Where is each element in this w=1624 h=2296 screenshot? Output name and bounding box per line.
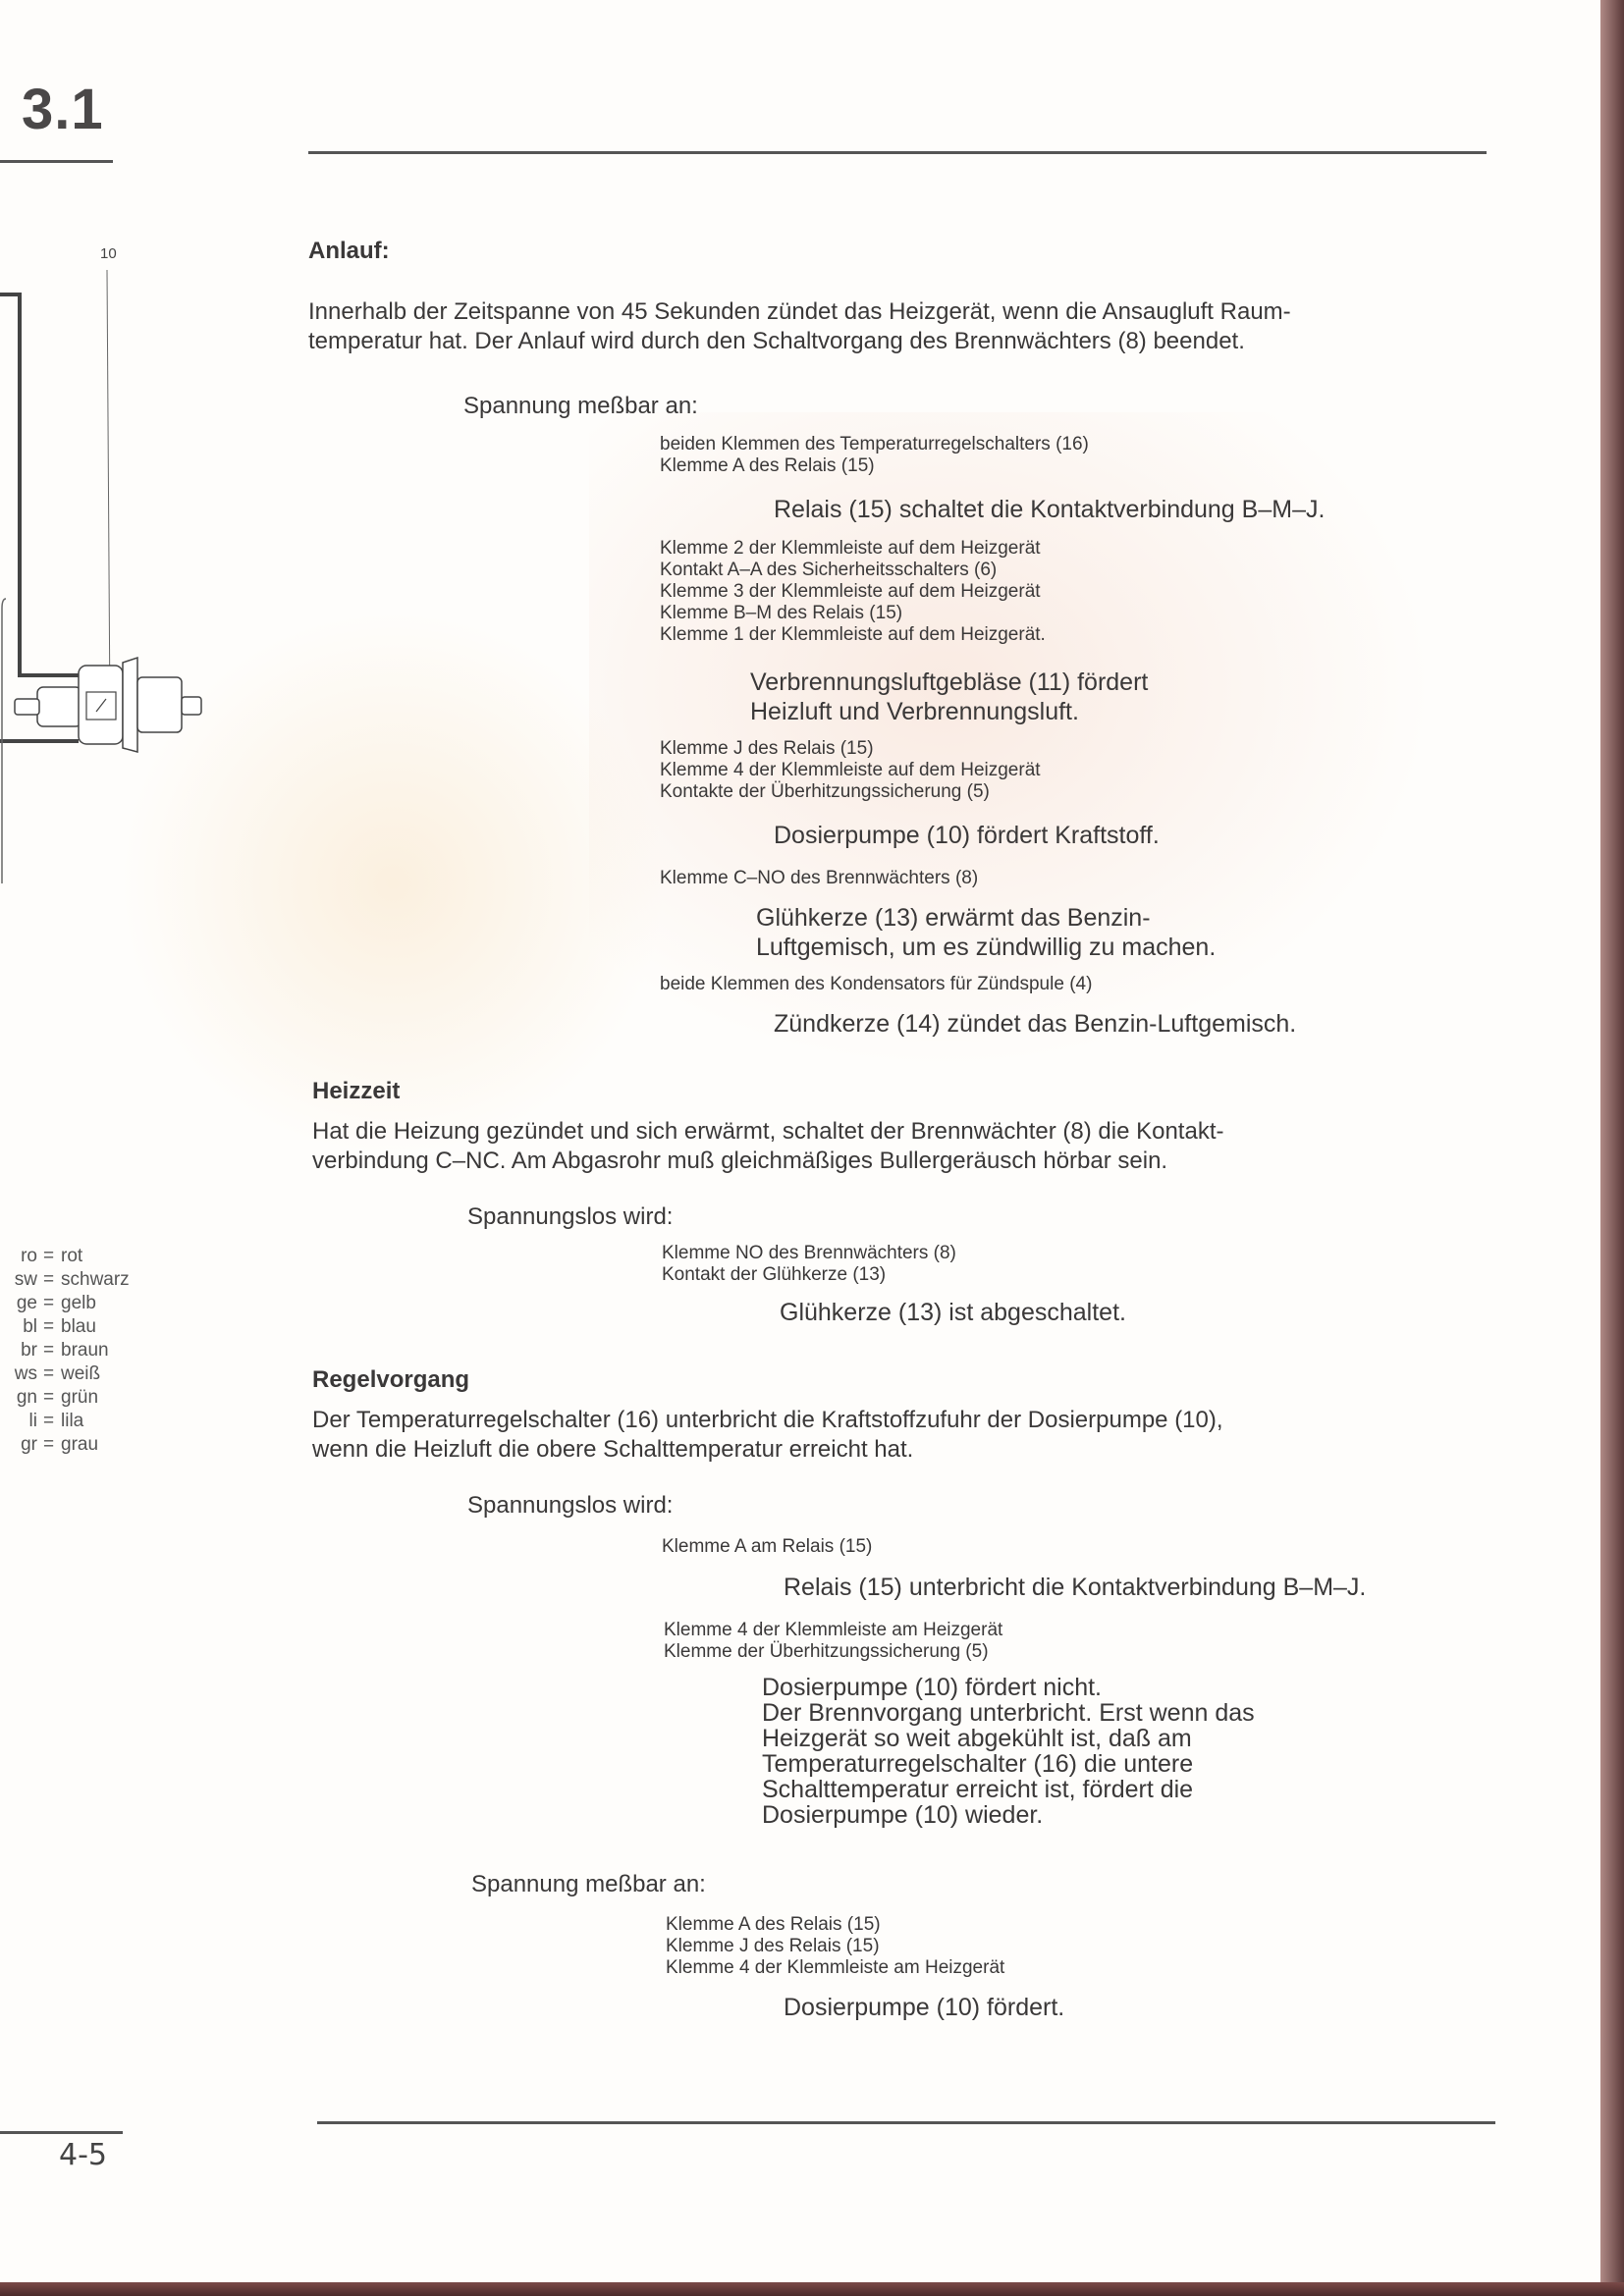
terminal-list: Klemme 4 der Klemmleiste am Heizgerät Kl… <box>664 1620 1002 1663</box>
result-text: Glühkerze (13) erwärmt das Benzin- Luftg… <box>756 903 1216 962</box>
header-rule <box>308 151 1487 154</box>
result-text: Dosierpumpe (10) fördert Kraftstoff. <box>774 821 1160 850</box>
legend-row: br=braun <box>0 1339 130 1362</box>
measure-label: Spannung meßbar an: <box>471 1871 706 1898</box>
off-label: Spannungslos wird: <box>467 1203 673 1231</box>
book-binding-edge <box>1600 0 1624 2296</box>
legend-row: gn=grün <box>0 1386 130 1410</box>
legend-row: gr=grau <box>0 1433 130 1457</box>
dosierpumpe-diagram <box>0 265 216 893</box>
wire-color-legend: ro=rot sw=schwarz ge=gelb bl=blau br=bra… <box>0 1245 130 1457</box>
document-page: 3.1 10 ro=rot sw=schwarz ge=gelb bl=blau… <box>0 0 1600 2282</box>
legend-row: bl=blau <box>0 1315 130 1339</box>
header-rule-left <box>0 160 113 163</box>
section-heading-regelvorgang: Regelvorgang <box>312 1366 469 1394</box>
result-text: Verbrennungsluftgebläse (11) fördert Hei… <box>750 667 1148 726</box>
anlauf-paragraph: Innerhalb der Zeitspanne von 45 Sekunden… <box>308 297 1291 356</box>
terminal-list: beide Klemmen des Kondensators für Zünds… <box>660 974 1092 995</box>
terminal-list: Klemme A am Relais (15) <box>662 1536 872 1558</box>
page-number: 4-5 <box>59 2138 107 2172</box>
legend-row: li=lila <box>0 1410 130 1433</box>
result-text: Dosierpumpe (10) fördert nicht. Der Bren… <box>762 1675 1255 1828</box>
legend-row: ge=gelb <box>0 1292 130 1315</box>
chapter-number: 3.1 <box>22 77 104 142</box>
result-text: Glühkerze (13) ist abgeschaltet. <box>780 1298 1126 1327</box>
result-text: Relais (15) schaltet die Kontaktverbindu… <box>774 495 1325 524</box>
measure-label: Spannung meßbar an: <box>463 393 698 420</box>
result-text: Zündkerze (14) zündet das Benzin-Luftgem… <box>774 1009 1296 1039</box>
legend-row: ws=weiß <box>0 1362 130 1386</box>
section-heading-anlauf: Anlauf: <box>308 238 390 265</box>
result-text: Relais (15) unterbricht die Kontaktverbi… <box>784 1573 1366 1602</box>
terminal-list: beiden Klemmen des Temperaturregelschalt… <box>660 434 1089 477</box>
section-heading-heizzeit: Heizzeit <box>312 1078 400 1105</box>
book-binding-edge <box>0 2282 1624 2296</box>
footer-rule-left <box>0 2131 123 2134</box>
terminal-list: Klemme 2 der Klemmleiste auf dem Heizger… <box>660 538 1046 646</box>
terminal-list: Klemme C–NO des Brennwächters (8) <box>660 868 978 889</box>
off-label: Spannungslos wird: <box>467 1492 673 1520</box>
terminal-list: Klemme NO des Brennwächters (8) Kontakt … <box>662 1243 956 1286</box>
legend-row: sw=schwarz <box>0 1268 130 1292</box>
legend-row: ro=rot <box>0 1245 130 1268</box>
result-text: Dosierpumpe (10) fördert. <box>784 1993 1064 2022</box>
callout-label: 10 <box>100 245 117 262</box>
footer-rule <box>317 2121 1495 2124</box>
regelvorgang-paragraph: Der Temperaturregelschalter (16) unterbr… <box>312 1406 1223 1465</box>
heizzeit-paragraph: Hat die Heizung gezündet und sich erwärm… <box>312 1117 1223 1176</box>
terminal-list: Klemme J des Relais (15) Klemme 4 der Kl… <box>660 738 1041 803</box>
terminal-list: Klemme A des Relais (15) Klemme J des Re… <box>666 1914 1004 1979</box>
